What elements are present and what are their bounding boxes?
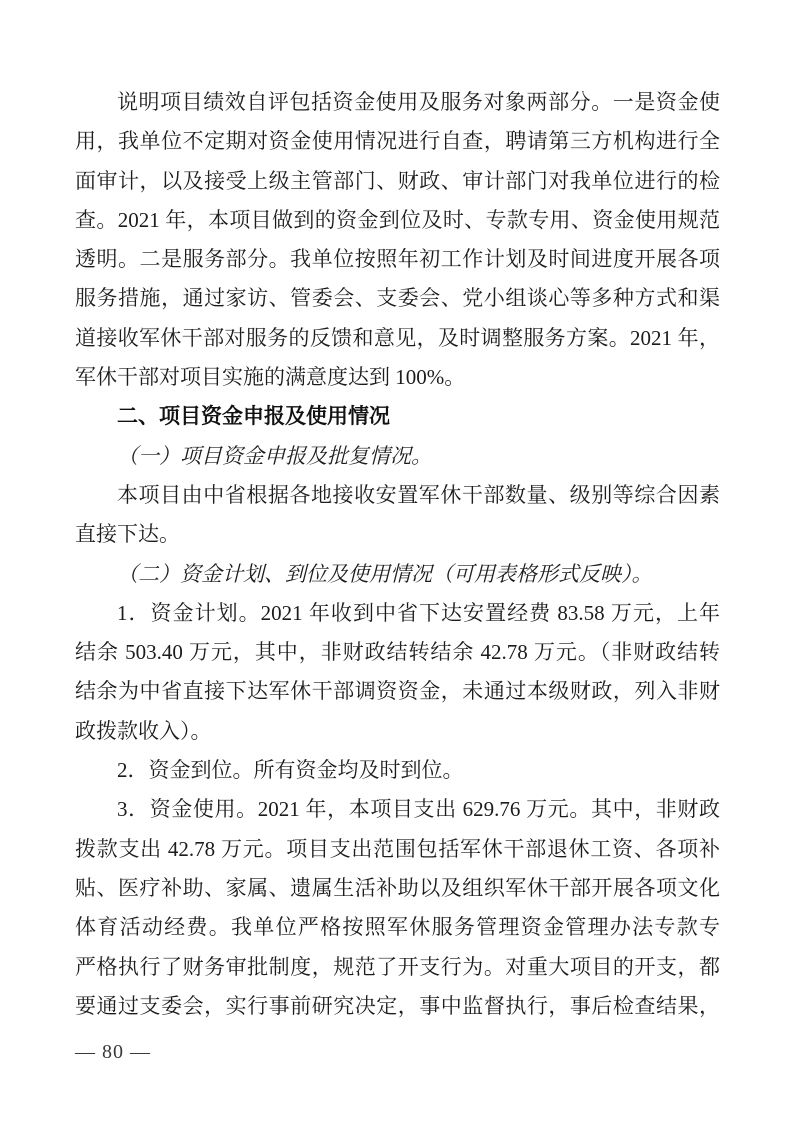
document-body: 说明项目绩效自评包括资金使用及服务对象两部分。一是资金使 用，我单位不定期对资金… [75,83,720,1026]
text-line: 3．资金使用。2021 年，本项目支出 629.76 万元。其中，非财政 [75,790,720,829]
text-line: 服务措施，通过家访、管委会、支委会、党小组谈心等多种方式和渠 [75,279,720,318]
text-line: 用，我单位不定期对资金使用情况进行自查，聘请第三方机构进行全 [75,122,720,161]
text-line: 查。2021 年，本项目做到的资金到位及时、专款专用、资金使用规范 [75,201,720,240]
section-heading: 二、项目资金申报及使用情况 [75,397,720,436]
subsection-heading: （二）资金计划、到位及使用情况（可用表格形式反映）。 [75,555,720,594]
text-line: 面审计，以及接受上级主管部门、财政、审计部门对我单位进行的检 [75,162,720,201]
text-line: 拨款支出 42.78 万元。项目支出范围包括军休干部退休工资、各项补 [75,830,720,869]
document-page: 说明项目绩效自评包括资金使用及服务对象两部分。一是资金使 用，我单位不定期对资金… [0,0,793,1122]
text-line: 结余为中省直接下达军休干部调资资金，未通过本级财政，列入非财 [75,672,720,711]
subsection-heading: （一）项目资金申报及批复情况。 [75,437,720,476]
text-line: 体育活动经费。我单位严格按照军休服务管理资金管理办法专款专用， [75,908,720,947]
text-line: 要通过支委会，实行事前研究决定，事中监督执行，事后检查结果， [75,987,720,1026]
text-line: 本项目由中省根据各地接收安置军休干部数量、级别等综合因素 [75,476,720,515]
page-number: — 80 — [75,1040,151,1064]
text-line: 道接收军休干部对服务的反馈和意见，及时调整服务方案。2021 年， [75,319,720,358]
text-line: 说明项目绩效自评包括资金使用及服务对象两部分。一是资金使 [75,83,720,122]
text-line: 结余 503.40 万元，其中，非财政结转结余 42.78 万元。（非财政结转 [75,633,720,672]
text-line: 直接下达。 [75,515,720,554]
text-line: 透明。二是服务部分。我单位按照年初工作计划及时间进度开展各项 [75,240,720,279]
text-line: 严格执行了财务审批制度，规范了开支行为。对重大项目的开支，都 [75,948,720,987]
text-line: 军休干部对项目实施的满意度达到 100%。 [75,358,720,397]
text-line: 1．资金计划。2021 年收到中省下达安置经费 83.58 万元，上年 [75,594,720,633]
text-line: 2．资金到位。所有资金均及时到位。 [75,751,720,790]
text-line: 贴、医疗补助、家属、遗属生活补助以及组织军休干部开展各项文化 [75,869,720,908]
text-line: 政拨款收入）。 [75,712,720,751]
